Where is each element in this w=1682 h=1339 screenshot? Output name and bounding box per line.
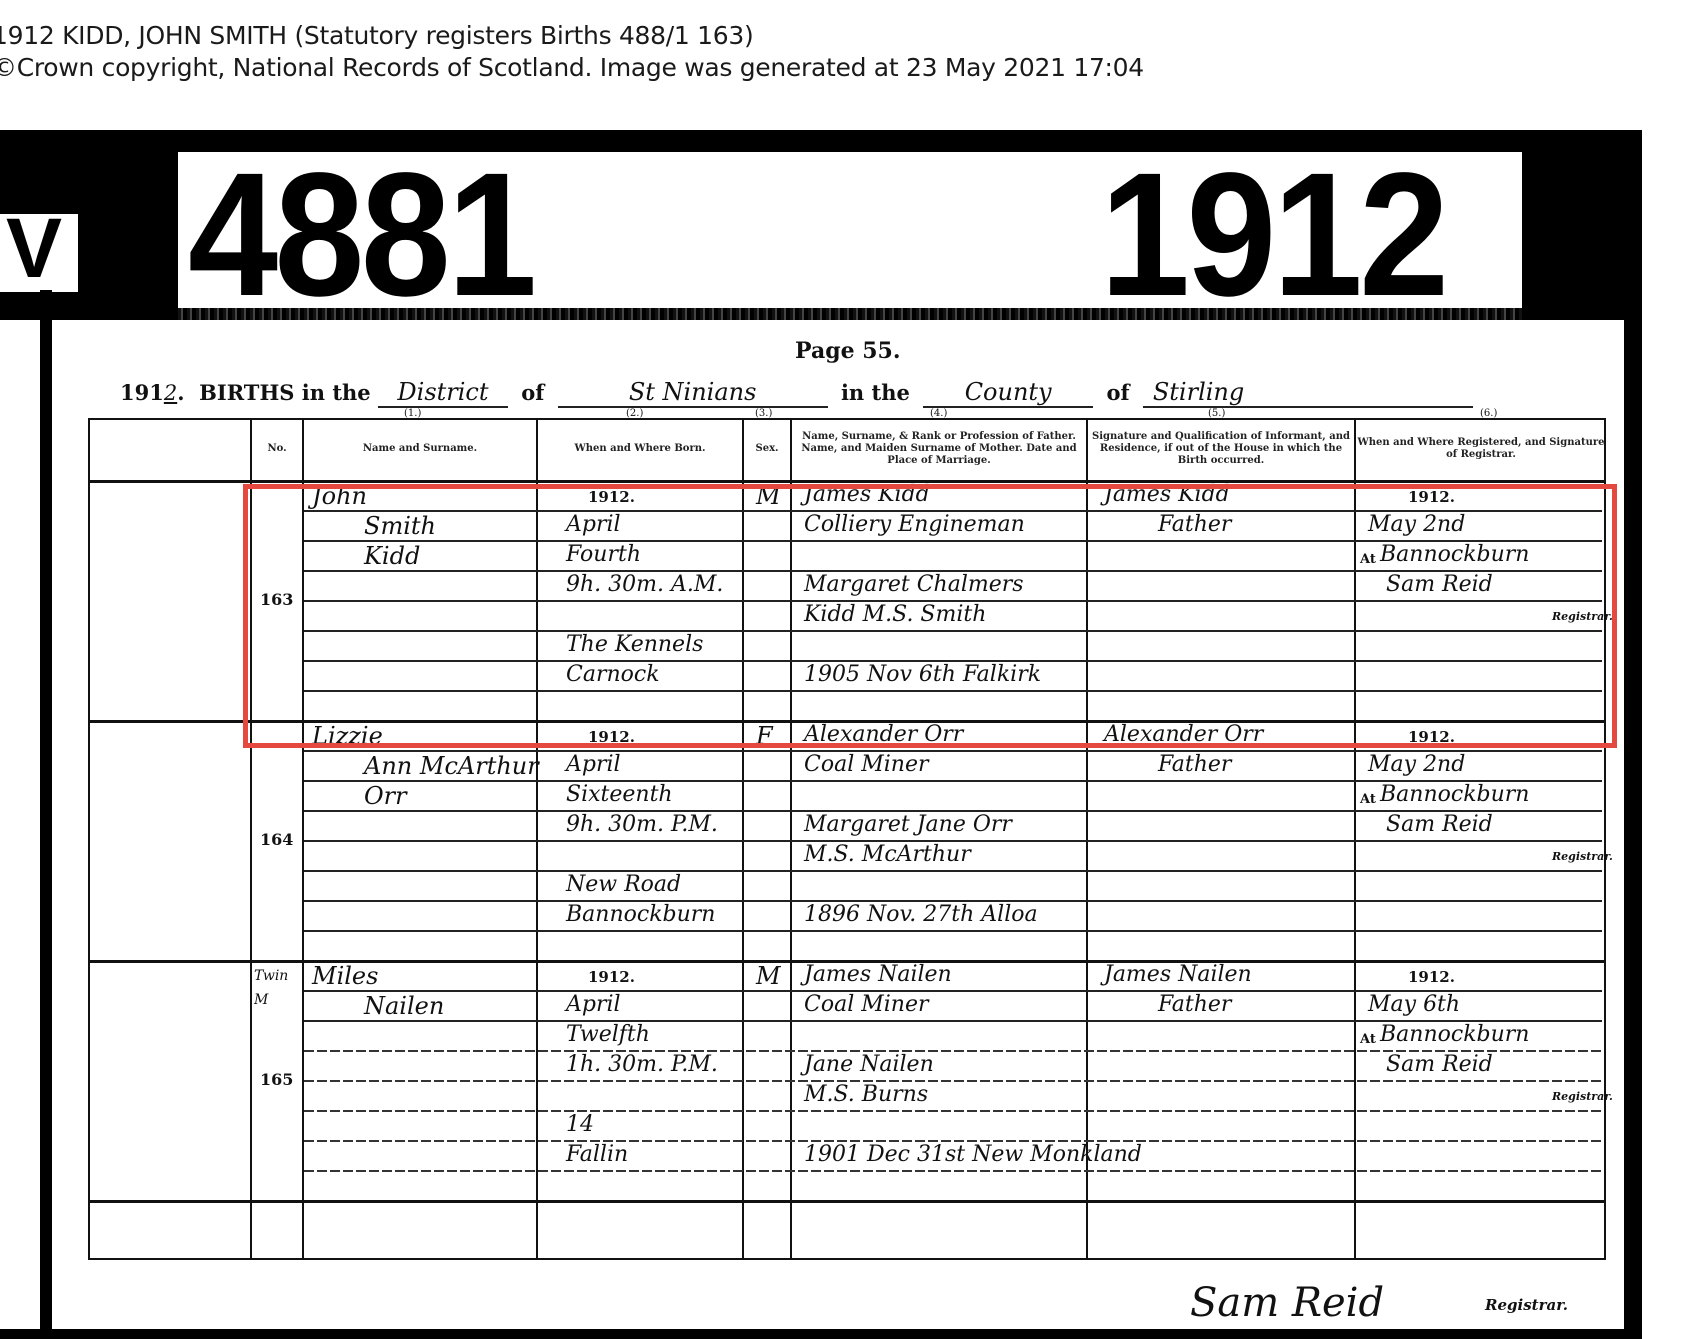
ruled-line <box>304 1170 1602 1172</box>
parents-detail-line: Coal Miner <box>804 752 929 777</box>
registrar-signature: Sam Reid <box>1386 1052 1493 1077</box>
area-type: County <box>923 378 1093 408</box>
parents-detail-line: Jane Nailen <box>804 1052 934 1077</box>
child-name-line: Miles <box>312 962 378 990</box>
column-header-born: When and Where Born. <box>538 420 742 478</box>
county-name: Stirling <box>1143 378 1473 408</box>
caption-title: 1912 KIDD, JOHN SMITH (Statutory registe… <box>0 20 1144 52</box>
ruled-line <box>304 1080 1602 1082</box>
in-the-label: in the <box>841 380 910 405</box>
child-name-line: Orr <box>364 782 407 810</box>
birth-detail-line: New Road <box>566 872 681 897</box>
entry-number: 165 <box>260 1070 293 1089</box>
registrar-footer-signature: Sam Reid <box>1190 1280 1384 1326</box>
ruled-line <box>304 870 1602 872</box>
district-name: St Ninians <box>558 378 828 408</box>
scan-header-band: 4881 1912 V <box>0 130 1642 320</box>
registration-date: May 6th <box>1368 992 1460 1017</box>
highlighted-entry-frame <box>243 484 1617 748</box>
birth-detail-line: April <box>566 992 621 1017</box>
register-reference-number: 4881 <box>188 156 533 314</box>
column-header-registered: When and Where Registered, and Signature… <box>1356 420 1606 478</box>
registration-at: At <box>1360 1032 1376 1047</box>
caption-copyright: ©Crown copyright, National Records of Sc… <box>0 52 1144 84</box>
parents-detail-line: Margaret Jane Orr <box>804 812 1012 837</box>
parents-detail-line: Coal Miner <box>804 992 929 1017</box>
form-year-suffix: 2 <box>164 381 177 405</box>
of-label-2: of <box>1106 380 1129 405</box>
scan-noise <box>178 308 1522 320</box>
birth-detail-line: 1h. 30m. P.M. <box>566 1052 718 1077</box>
registrar-label: Registrar. <box>1552 850 1613 863</box>
birth-detail-line: Sixteenth <box>566 782 673 807</box>
margin-stem-line <box>40 290 52 1339</box>
form-year-prefix: 191 <box>120 380 164 405</box>
image-caption: 1912 KIDD, JOHN SMITH (Statutory registe… <box>0 20 1144 84</box>
entry-number: 164 <box>260 830 293 849</box>
birth-year: 1912. <box>588 968 635 986</box>
column-header-no: No. <box>252 420 302 478</box>
column-header-sex: Sex. <box>744 420 790 478</box>
of-label-1: of <box>521 380 544 405</box>
column-header-informant: Signature and Qualification of Informant… <box>1088 420 1354 478</box>
informant-line: Father <box>1158 752 1231 777</box>
ruled-line <box>304 930 1602 932</box>
table-bottom-rule <box>90 1200 1606 1203</box>
parents-detail-line: 1901 Dec 31st New Monkland <box>804 1142 1142 1167</box>
page-number: Page 55. <box>795 338 901 364</box>
birth-detail-line: Twelfth <box>566 1022 650 1047</box>
informant-line: Father <box>1158 992 1231 1017</box>
column-header-parents: Name, Surname, & Rank or Profession of F… <box>792 420 1086 478</box>
registrar-signature: Sam Reid <box>1386 812 1493 837</box>
parents-detail-line: M.S. McArthur <box>804 842 971 867</box>
registration-place: Bannockburn <box>1380 782 1529 807</box>
parents-detail-line: 1896 Nov. 27th Alloa <box>804 902 1038 927</box>
district-type: District <box>378 378 508 408</box>
birth-detail-line: 14 <box>566 1112 594 1137</box>
registrar-footer-label: Registrar. <box>1485 1296 1568 1314</box>
scan-bottom-edge <box>0 1329 1642 1339</box>
form-title: 1912. BIRTHS in the District of St Ninia… <box>120 378 1473 408</box>
column-header-name: Name and Surname. <box>304 420 536 478</box>
parents-detail-line: M.S. Burns <box>804 1082 928 1107</box>
parents-detail-line: James Nailen <box>804 962 952 987</box>
ruled-line <box>304 1110 1602 1112</box>
births-label: BIRTHS in the <box>199 380 371 405</box>
margin-mark: V <box>6 200 62 297</box>
informant-line: James Nailen <box>1104 962 1252 987</box>
sex: M <box>756 962 781 990</box>
registration-date: May 2nd <box>1368 752 1465 777</box>
register-year: 1912 <box>1100 156 1445 314</box>
birth-detail-line: Bannockburn <box>566 902 715 927</box>
child-name-line: Nailen <box>364 992 444 1020</box>
registration-year: 1912. <box>1408 968 1455 986</box>
registration-at: At <box>1360 792 1376 807</box>
birth-detail-line: Fallin <box>566 1142 628 1167</box>
child-name-line: Ann McArthur <box>364 752 539 780</box>
entry-margin-note: Twin M <box>254 964 300 1012</box>
registrar-label: Registrar. <box>1552 1090 1613 1103</box>
birth-detail-line: April <box>566 752 621 777</box>
birth-detail-line: 9h. 30m. P.M. <box>566 812 718 837</box>
scan-right-edge <box>1624 130 1642 1339</box>
registration-place: Bannockburn <box>1380 1022 1529 1047</box>
